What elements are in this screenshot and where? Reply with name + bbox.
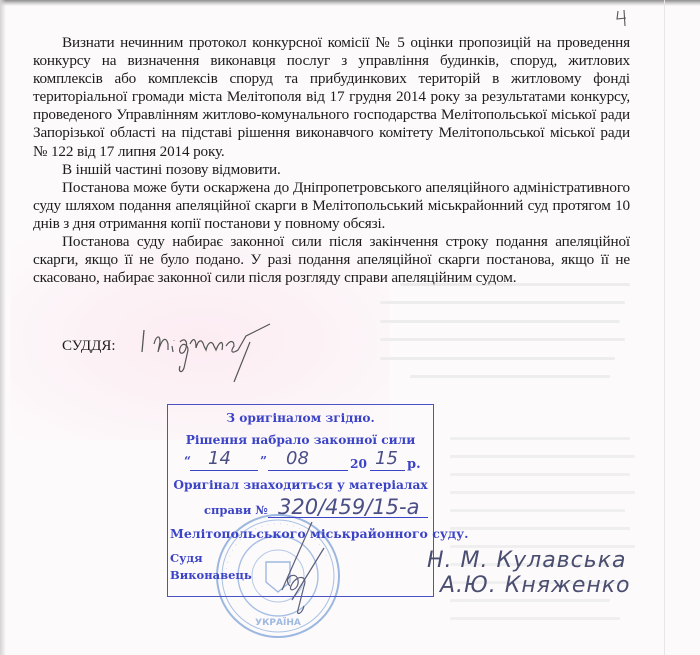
stamp-date-open-quote: “ xyxy=(184,454,191,468)
date-year-underline xyxy=(370,470,405,471)
paragraph-reject-remainder: В іншій частині позову відмовити. xyxy=(33,161,630,179)
judge-label: СУДДЯ: xyxy=(62,338,116,355)
stamp-signature-scribble xyxy=(262,520,352,625)
paragraph-appeal: Постанова може бути оскаржена до Дніпроп… xyxy=(33,179,630,233)
bleed-through-text-lower xyxy=(450,437,640,635)
paragraph-legal-force: Постанова суду набирає законної сили піс… xyxy=(33,233,630,287)
stamp-executor-label: Виконавець xyxy=(170,568,252,582)
stamp-date-year-prefix: 20 xyxy=(350,457,367,471)
bleed-through-text xyxy=(380,283,636,393)
stamp-line-original-location: Оригінал знаходиться у матеріалах xyxy=(168,478,433,492)
judge-signature-handwritten xyxy=(138,322,288,387)
date-day-underline xyxy=(190,470,258,471)
scan-left-edge xyxy=(0,0,6,655)
stamp-line-legal-force: Рішення набрало законної сили xyxy=(168,433,433,447)
decision-text: Визнати нечинним протокол конкурсної ком… xyxy=(33,34,630,287)
stamp-line-copy-verified: З оригіналом згідно. xyxy=(168,411,433,425)
stamp-date-day: 14 xyxy=(208,448,231,469)
scan-right-edge xyxy=(664,0,665,655)
scan-top-edge xyxy=(0,0,700,6)
stamp-case-number: 320/459/15-а xyxy=(278,495,419,519)
stamp-case-label: справи № xyxy=(204,503,268,517)
date-month-underline xyxy=(268,470,348,471)
stamp-judge-label: Судя xyxy=(170,551,203,565)
stamp-date-month: 08 xyxy=(286,448,309,469)
page-number xyxy=(615,8,629,28)
stamp-date-year-suffix: 15 xyxy=(375,448,398,469)
paragraph-invalidate-protocol: Визнати нечинним протокол конкурсної ком… xyxy=(33,34,630,161)
stamp-date-year-unit: р. xyxy=(407,457,421,472)
judge-name-handwritten: Н. М. Кулавська xyxy=(427,548,626,573)
executor-name-handwritten: А.Ю. Княженко xyxy=(440,573,631,598)
stamp-date-close-quote: ” xyxy=(260,454,267,468)
